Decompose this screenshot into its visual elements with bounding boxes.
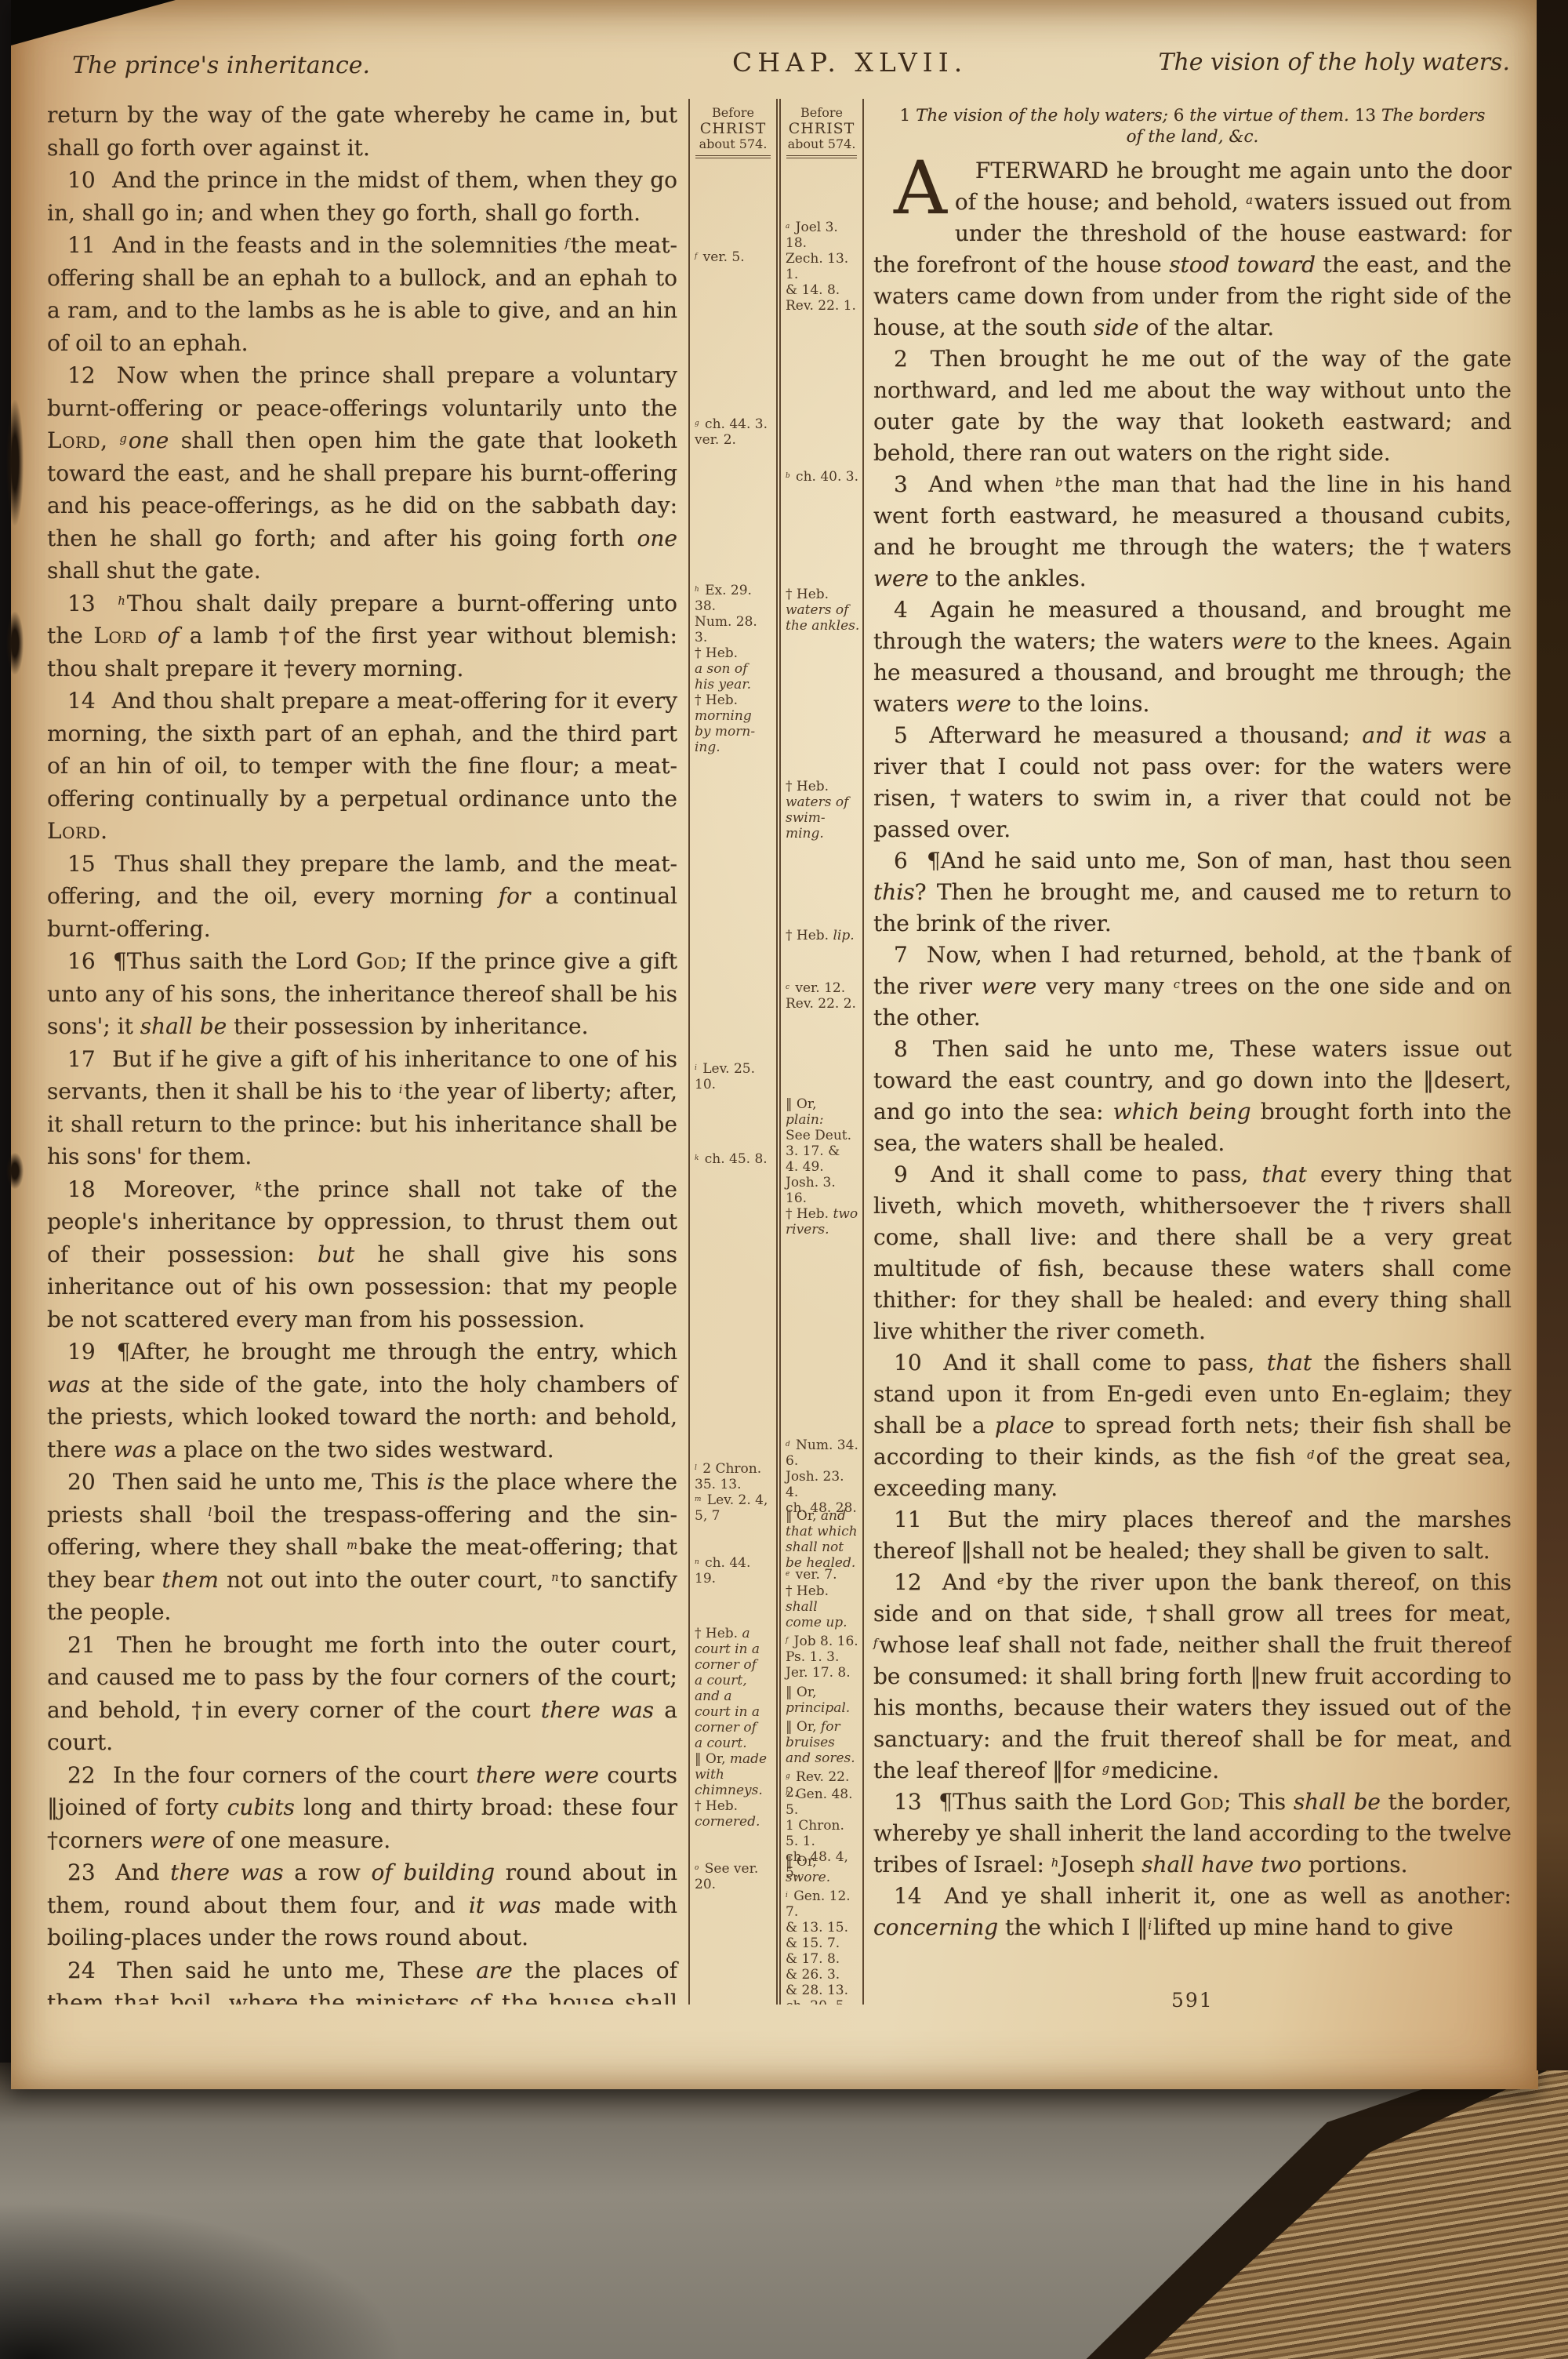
margin-note: o See ver. 20. — [695, 1861, 774, 1892]
verse: 4 Again he measured a thousand, and brou… — [873, 594, 1512, 720]
margin-note: i Gen. 12. 7. & 13. 15. & 15. 7. & 17. 8… — [786, 1888, 860, 2005]
margin-note: g ch. 44. 3. ver. 2. — [695, 416, 774, 448]
margin-note: † Heb. lip. — [786, 928, 860, 943]
page-edge-smudge — [6, 400, 24, 525]
running-head-left: The prince's inheritance. — [72, 52, 370, 79]
margin-note: † Heb. waters of swim- ming. — [786, 779, 860, 841]
running-head-right: The vision of the holy waters. — [1158, 49, 1510, 76]
margin-note: c ver. 12. Rev. 22. 2. — [786, 980, 860, 1012]
right-text-column: CHAP. XLVII. 1 The vision of the holy wa… — [864, 99, 1512, 2005]
verse: 17 But if he give a gift of his inherita… — [47, 1043, 677, 1173]
verse: 13 ¶Thus saith the Lord God; This shall … — [873, 1787, 1512, 1881]
margin-note: n ch. 44. 19. — [695, 1555, 774, 1587]
verse: 2 Then brought he me out of the way of t… — [873, 343, 1512, 469]
verse: 9 And it shall come to pass, that every … — [873, 1159, 1512, 1347]
verse: 14 And thou shalt prepare a meat-offerin… — [47, 685, 677, 848]
verse: 23 And there was a row of building round… — [47, 1856, 677, 1954]
chapter-summary: 1 The vision of the holy waters; 6 the v… — [894, 105, 1491, 147]
verse: 12 And eby the river upon the bank there… — [873, 1567, 1512, 1787]
photo-background: The prince's inheritance. CHAP. XLVII. T… — [0, 0, 1568, 2359]
verse: 13 hThou shalt daily prepare a burnt-off… — [47, 587, 677, 685]
running-head-center: CHAP. XLVII. — [732, 47, 967, 78]
margin-note: † Heb. waters of the ankles. — [786, 587, 860, 634]
margin-note: ‖ Or, principal. — [786, 1685, 860, 1716]
verse: 7 Now, when I had returned, behold, at t… — [873, 940, 1512, 1034]
before-christ-header: Before CHRIST about 574. — [695, 99, 771, 158]
page-edge-smudge — [6, 1153, 24, 1189]
verse: return by the way of the gate whereby he… — [47, 99, 677, 164]
verse: 21 Then he brought me forth into the out… — [47, 1629, 677, 1759]
verse: 11 And in the feasts and in the solemnit… — [47, 229, 677, 359]
page-number: 591 — [1171, 1989, 1214, 2012]
margin-note: f Job 8. 16. Ps. 1. 3. Jer. 17. 8. — [786, 1634, 860, 1681]
margin-note: b ch. 40. 3. — [786, 469, 860, 485]
verse: 22 In the four corners of the court ther… — [47, 1759, 677, 1857]
verse: 10 And the prince in the midst of them, … — [47, 164, 677, 229]
bible-page: The prince's inheritance. CHAP. XLVII. T… — [11, 0, 1538, 2089]
margin-note: k ch. 45. 8. — [695, 1151, 774, 1167]
verse: 20 Then said he unto me, This is the pla… — [47, 1466, 677, 1629]
margin-notes-right: Before CHRIST about 574. a Joel 3. 18. Z… — [781, 99, 864, 2005]
margin-note: a Joel 3. 18. Zech. 13. 1. & 14. 8. Rev.… — [786, 220, 860, 314]
verse: AFTERWARD he brought me again unto the d… — [873, 155, 1512, 343]
margin-note: ‖ Or, swore. — [786, 1854, 860, 1885]
verse: 5 Afterward he measured a thousand; and … — [873, 720, 1512, 845]
verse: 12 Now when the prince shall prepare a v… — [47, 359, 677, 587]
verse: 18 Moreover, kthe prince shall not take … — [47, 1173, 677, 1336]
page-edge-smudge — [6, 612, 24, 674]
margin-note: ‖ Or, and that which shall not be healed… — [786, 1508, 860, 1571]
verse: 8 Then said he unto me, These waters iss… — [873, 1034, 1512, 1159]
chapter-heading: CHAP. XLVII. — [873, 99, 1512, 100]
before-christ-header: Before CHRIST about 574. — [786, 99, 857, 158]
margin-note: ‖ Or, for bruises and sores. — [786, 1719, 860, 1766]
margin-note: f ver. 5. — [695, 249, 774, 265]
verse: 6 ¶And he said unto me, Son of man, hast… — [873, 845, 1512, 940]
verse: 10 And it shall come to pass, that the f… — [873, 1347, 1512, 1504]
left-text-column: return by the way of the gate whereby he… — [47, 99, 688, 2005]
verse: 11 But the miry places thereof and the m… — [873, 1504, 1512, 1567]
margin-note: † Heb. a court in a corner of a court, a… — [695, 1626, 774, 1830]
verse: 19 ¶After, he brought me through the ent… — [47, 1336, 677, 1466]
margin-note: e ver. 7. — [786, 1567, 860, 1583]
verse: 15 Thus shall they prepare the lamb, and… — [47, 848, 677, 946]
margin-note: i Lev. 25. 10. — [695, 1061, 774, 1092]
scripture-columns: return by the way of the gate whereby he… — [47, 99, 1512, 2005]
margin-note: ‖ Or, plain: See Deut. 3. 17. & 4. 49. J… — [786, 1096, 860, 1238]
verse: 24 Then said he unto me, These are the p… — [47, 1954, 677, 2005]
drop-cap: A — [873, 155, 955, 220]
book-spine-edge — [1537, 0, 1568, 2070]
margin-notes-left: Before CHRIST about 574. f ver. 5.g ch. … — [688, 99, 781, 2005]
margin-note: l 2 Chron. 35. 13. m Lev. 2. 4, 5, 7 — [695, 1461, 774, 1524]
photo-corner-shadow — [11, 0, 176, 45]
verse: 16 ¶Thus saith the Lord God; If the prin… — [47, 945, 677, 1043]
margin-note: † Heb. shall come up. — [786, 1583, 860, 1630]
margin-note: d Num. 34. 6. Josh. 23. 4. ch. 48. 28. — [786, 1438, 860, 1516]
verse: 3 And when bthe man that had the line in… — [873, 469, 1512, 594]
verse: 14 And ye shall inherit it, one as well … — [873, 1881, 1512, 1943]
margin-note: h Ex. 29. 38. Num. 28. 3. † Heb. a son o… — [695, 583, 774, 755]
